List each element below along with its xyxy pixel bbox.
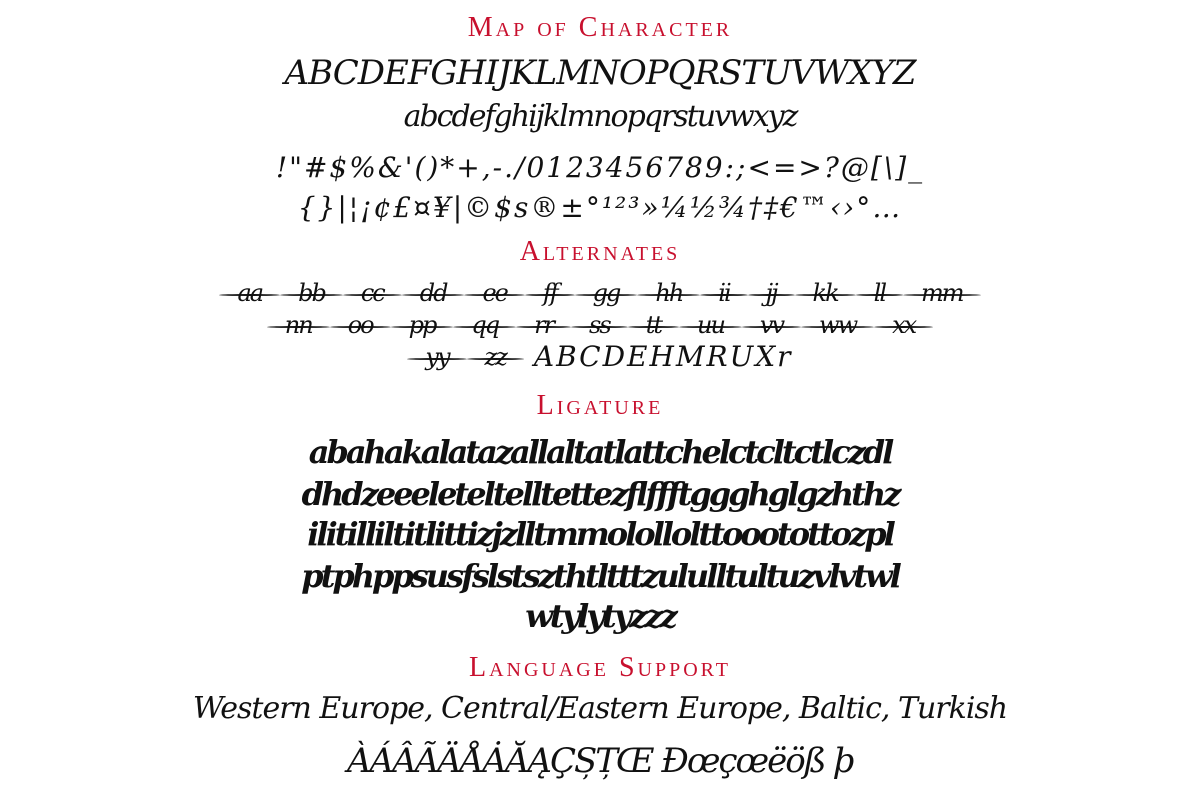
alternates-row-1: aa bb cc dd ee ff gg hh ii jj kk ll mm	[0, 278, 1200, 308]
symbols-sample-2: {}|¦¡¢£¤¥|©$s®±°¹²³»¼½¾†‡€™‹›°…	[0, 194, 1200, 222]
alternate-glyph: jj	[748, 279, 795, 307]
alternate-glyph: bb	[280, 279, 343, 307]
ligature-line-3: ilitilliltitlittizjzlltmmolollolttoootot…	[0, 518, 1200, 550]
alternate-glyph: cc	[343, 279, 402, 307]
symbols-sample-1: !"#$%&'()*+,-./0123456789:;<=>?@[\]_	[0, 154, 1200, 182]
alternate-glyph: tt	[628, 311, 679, 339]
alternate-glyph: aa	[219, 279, 280, 307]
alternate-glyph: ff	[525, 279, 575, 307]
heading-language-support: Language Support	[0, 654, 1200, 682]
alternate-capitals: ABCDEHMRUXr	[524, 343, 793, 371]
alternate-glyph: qq	[453, 311, 516, 339]
alternate-glyph: gg	[575, 279, 638, 307]
alternate-glyph: ll	[856, 279, 903, 307]
ligature-line-1: abahakalatazallaltatlattchelctcltctlczdl	[0, 436, 1200, 468]
heading-ligature: Ligature	[0, 392, 1200, 420]
ligature-line-5: wtylytyzzz	[0, 600, 1200, 632]
alternate-glyph: ss	[571, 311, 628, 339]
ligature-line-2: dhdzeeeleteltelltettezflffftggghglgzhthz	[0, 478, 1200, 510]
alternate-glyph: mm	[903, 279, 981, 307]
alternate-glyph: rr	[516, 311, 571, 339]
alternate-glyph: pp	[391, 311, 454, 339]
ligature-line-4: ptphppsusfslstszthtltttzululltultuzvlvtw…	[0, 560, 1200, 592]
uppercase-sample: ABCDEFGHIJKLMNOPQRSTUVWXYZ	[0, 56, 1200, 90]
alternate-glyph: dd	[402, 279, 465, 307]
alternate-glyph: ee	[464, 279, 524, 307]
heading-map-of-character: Map of Character	[0, 14, 1200, 42]
alternate-glyph: nn	[267, 311, 330, 339]
alternate-glyph: oo	[330, 311, 391, 339]
lowercase-sample: abcdefghijklmnopqrstuvwxyz	[0, 102, 1200, 132]
alternate-glyph: hh	[637, 279, 700, 307]
alternate-glyph: uu	[679, 311, 742, 339]
alternate-glyph: vv	[742, 311, 801, 339]
accented-characters: ÀÁÂÃÄÅȦĂĄÇȘȚŒ Đœçœëöß þ	[0, 744, 1200, 778]
language-regions: Western Europe, Central/Eastern Europe, …	[0, 694, 1200, 724]
heading-alternates: Alternates	[0, 238, 1200, 266]
alternate-glyph: yy	[407, 343, 466, 371]
alternate-glyph: ii	[700, 279, 747, 307]
alternates-row-3: yy zz ABCDEHMRUXr	[0, 342, 1200, 372]
alternate-glyph: kk	[795, 279, 856, 307]
alternate-glyph: zz	[467, 343, 524, 371]
alternate-glyph: xx	[874, 311, 933, 339]
alternates-row-2: nn oo pp qq rr ss tt uu vv ww xx	[0, 310, 1200, 340]
alternate-glyph: ww	[801, 311, 874, 339]
